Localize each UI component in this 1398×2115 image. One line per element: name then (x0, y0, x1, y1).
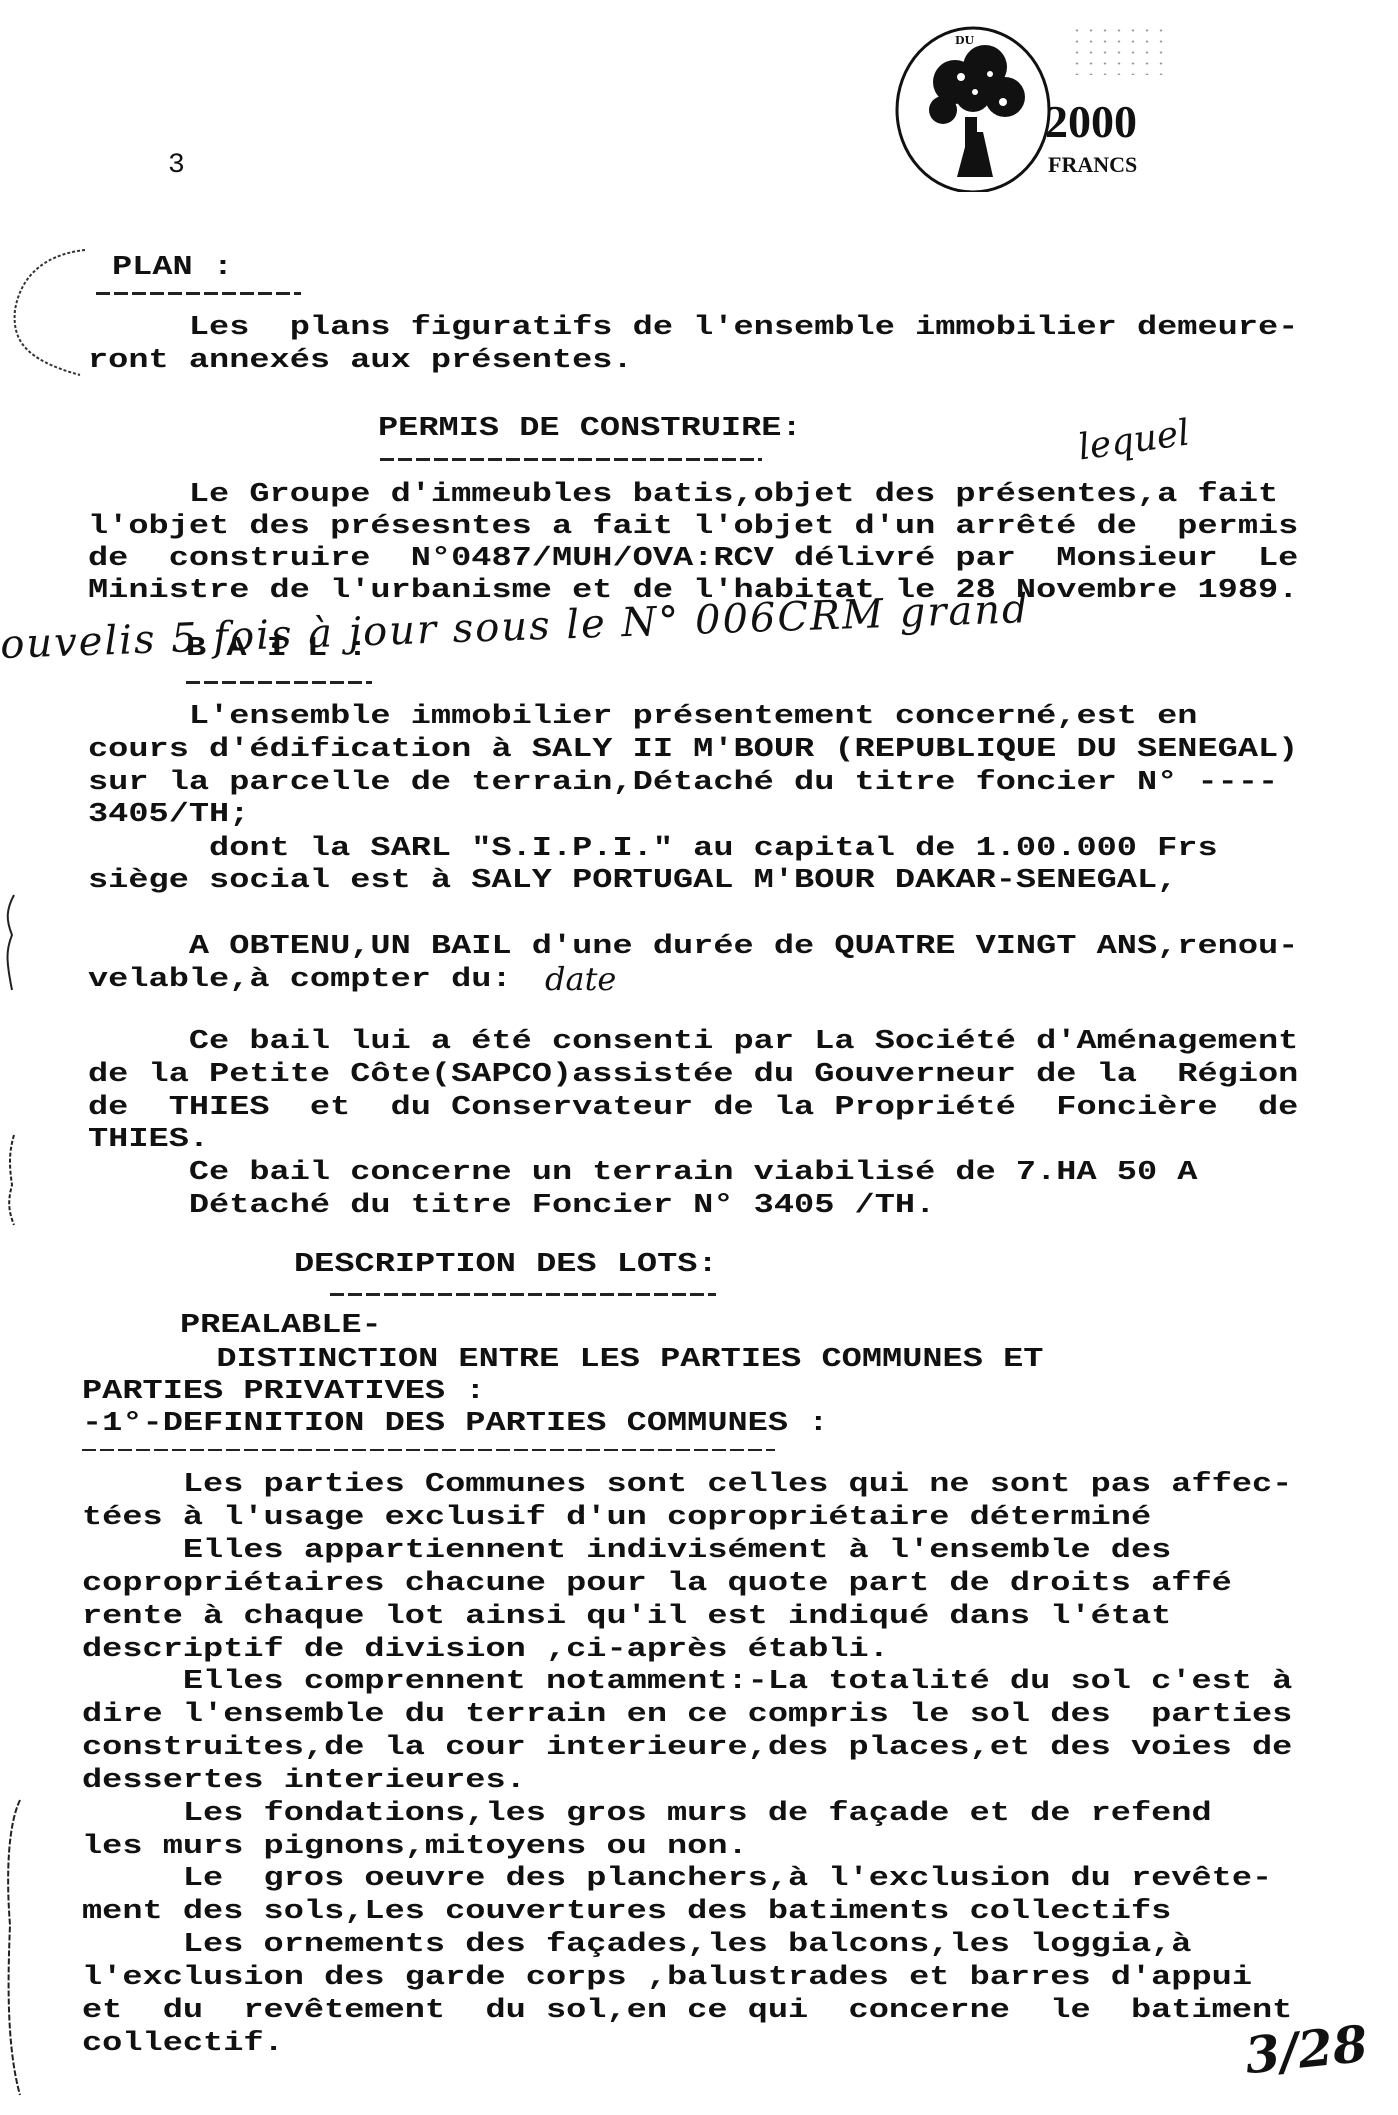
handwritten-permis-note: lequel (1076, 412, 1192, 468)
bail-line: dont la SARL "S.I.P.I." au capital de 1.… (88, 834, 1218, 864)
bail-line: velable,à compter du: (88, 965, 532, 995)
bail-line: A OBTENU,UN BAIL d'une durée de QUATRE V… (88, 932, 1298, 962)
description-line: Les fondations,les gros murs de façade e… (82, 1799, 1212, 1829)
description-line: tées à l'usage exclusif d'un copropriéta… (82, 1503, 1151, 1533)
subheading-definition: -1°-DEFINITION DES PARTIES COMMUNES : (82, 1409, 828, 1439)
section-heading-bail: B A I L : (186, 634, 368, 664)
svg-text:DU: DU (955, 34, 975, 47)
stamp-amount: 2000 (1045, 96, 1137, 147)
margin-bracket-icon (0, 1795, 40, 2115)
description-line: Les ornements des façades,les balcons,le… (82, 1930, 1191, 1960)
bail-line: cours d'édification à SALY II M'BOUR (RE… (88, 735, 1298, 765)
section-heading-plan: PLAN : (112, 253, 233, 283)
section-heading-description: DESCRIPTION DES LOTS: (294, 1250, 718, 1280)
stamp-currency: FRANCS (1048, 152, 1137, 177)
description-line: Elles comprennent notamment:-La totalité… (82, 1667, 1292, 1697)
margin-bracket-icon (0, 890, 40, 1000)
subheading-distinction: DISTINCTION ENTRE LES PARTIES COMMUNES E… (176, 1345, 1043, 1375)
bail-line: de la Petite Côte(SAPCO)assistée du Gouv… (88, 1060, 1298, 1090)
heading-underline (82, 1449, 775, 1451)
handwritten-page-fraction: 3/28 (1242, 2014, 1370, 2085)
margin-bracket-icon (0, 240, 90, 390)
bail-line: Ce bail concerne un terrain viabilisé de… (88, 1158, 1197, 1188)
subheading-distinction: PARTIES PRIVATIVES : (82, 1377, 485, 1407)
handwritten-date-note: date (545, 960, 616, 998)
heading-underline (330, 1293, 716, 1296)
description-line: l'exclusion des garde corps ,balustrades… (82, 1963, 1252, 1993)
plan-line: ront annexés aux présentes. (88, 346, 633, 376)
description-line: construites,de la cour interieure,des pl… (82, 1733, 1292, 1763)
bail-line: Détaché du titre Foncier N° 3405 /TH. (88, 1191, 935, 1221)
permis-line: l'objet des présesntes a fait l'objet d'… (88, 512, 1298, 542)
description-line: descriptif de division ,ci-après établi. (82, 1635, 889, 1665)
description-line: Elles appartiennent indivisément à l'ens… (82, 1536, 1171, 1566)
description-line: et du revêtement du sol,en ce qui concer… (82, 1996, 1292, 2026)
bail-line: sur la parcelle de terrain,Détaché du ti… (88, 768, 1278, 798)
heading-underline (380, 458, 762, 461)
description-line: collectif. (82, 2029, 284, 2059)
bail-line: L'ensemble immobilier présentement conce… (88, 702, 1197, 732)
description-line: dessertes interieures. (82, 1766, 526, 1796)
description-line: ment des sols,Les couvertures des batime… (82, 1897, 1171, 1927)
permis-line: de construire N°0487/MUH/OVA:RCV délivré… (88, 544, 1298, 574)
bail-line: THIES. (88, 1125, 209, 1155)
description-line: Le gros oeuvre des planchers,à l'exclusi… (82, 1864, 1272, 1894)
margin-bracket-icon (0, 1130, 40, 1230)
section-heading-permis: PERMIS DE CONSTRUIRE: (378, 414, 802, 444)
document-page: 3 DU 2000 FRANCS PLAN : Les plans figura… (0, 0, 1398, 2115)
heading-underline (186, 681, 372, 684)
stamp-dots (1070, 25, 1165, 75)
description-line: les murs pignons,mitoyens ou non. (82, 1832, 748, 1862)
bail-line: Ce bail lui a été consenti par La Sociét… (88, 1027, 1298, 1057)
description-line: dire l'ensemble du terrain en ce compris… (82, 1700, 1292, 1730)
bail-line: de THIES et du Conservateur de la Propri… (88, 1093, 1298, 1123)
bail-line: 3405/TH; (88, 800, 249, 830)
subheading-prealable: PREALABLE- (180, 1311, 382, 1341)
page-number: 3 (168, 150, 185, 181)
permis-line: Le Groupe d'immeubles batis,objet des pr… (88, 480, 1278, 510)
heading-underline (96, 292, 301, 295)
plan-line: Les plans figuratifs de l'ensemble immob… (88, 313, 1298, 343)
description-line: copropriétaires chacune pour la quote pa… (82, 1569, 1232, 1599)
bail-line: siège social est à SALY PORTUGAL M'BOUR … (88, 866, 1177, 896)
description-line: rente à chaque lot ainsi qu'il est indiq… (82, 1602, 1171, 1632)
description-line: Les parties Communes sont celles qui ne … (82, 1470, 1292, 1500)
